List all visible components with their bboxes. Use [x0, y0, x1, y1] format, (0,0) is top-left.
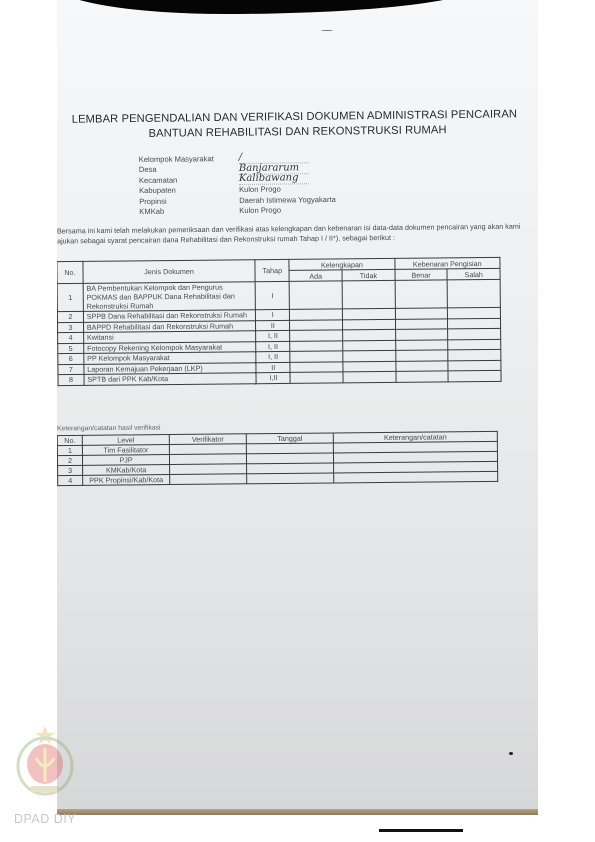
scan-bar	[379, 829, 463, 832]
row-tahap: I	[255, 281, 289, 309]
row-no: 6	[58, 353, 84, 364]
dpad-diy-emblem-icon	[14, 724, 76, 800]
cell-salah	[448, 318, 501, 329]
cell-salah	[448, 349, 501, 360]
row-no: 1	[57, 283, 83, 311]
page-bottom-edge	[57, 809, 538, 815]
cell-tidak	[343, 350, 396, 361]
cell-ada	[290, 372, 343, 383]
info-row: KecamatanKalibawang	[139, 173, 336, 186]
row-tahap: II	[256, 362, 290, 373]
cell-tidak	[342, 280, 395, 309]
cell-ada	[290, 330, 343, 341]
cell-salah	[447, 279, 500, 308]
cell-ada	[290, 319, 343, 330]
verification-table: No. Level Verifikator Tanggal Keterangan…	[57, 431, 498, 486]
cell-salah	[448, 328, 501, 339]
cell-salah	[448, 360, 501, 371]
cell-benar	[396, 371, 449, 382]
cell-tanggal	[247, 473, 334, 484]
document-title: LEMBAR PENGENDALIAN DAN VERIFIKASI DOKUM…	[57, 107, 538, 143]
row-tahap: I, II	[256, 330, 290, 341]
row-no: 2	[57, 311, 83, 322]
cell-tidak	[343, 361, 396, 372]
row-no: 5	[58, 343, 84, 354]
scan-speck	[321, 30, 333, 31]
table-row: 1BA Pembentukan Kelompok dan Pengurus PO…	[57, 279, 500, 311]
info-row: KMKabKulon Progo	[139, 204, 336, 217]
row-no: 7	[58, 364, 84, 375]
cell-tidak	[342, 308, 395, 319]
cell-ada	[289, 281, 342, 310]
cell-benar	[395, 339, 448, 350]
cell-tidak	[342, 319, 395, 330]
row-tahap: I, II	[256, 351, 290, 362]
cell-salah	[448, 307, 501, 318]
row-no: 3	[57, 322, 83, 333]
row-no: 8	[58, 374, 84, 385]
row-level: PPK Propinsi/Kab/Kota	[83, 475, 170, 486]
cell-ada	[290, 351, 343, 362]
cell-benar	[395, 329, 448, 340]
document-checklist-table: No. Jenis Dokumen Tahap Kelengkapan Kebe…	[57, 257, 502, 386]
cell-tidak	[343, 340, 396, 351]
row-no: 1	[57, 445, 82, 455]
cell-tidak	[343, 329, 396, 340]
scan-speck	[509, 752, 513, 755]
row-tahap: I, II	[256, 341, 290, 352]
cell-benar	[395, 280, 448, 309]
row-no: 4	[58, 332, 84, 343]
handwritten-value: Kalibawang	[239, 173, 309, 186]
row-tahap: II	[256, 320, 290, 331]
cell-benar	[396, 360, 449, 371]
intro-paragraph: Bersama ini kami telah melakukan pemerik…	[57, 222, 533, 247]
cell-benar	[395, 350, 448, 361]
cell-salah	[448, 370, 501, 381]
verification-caption: Keterangan/catatan hasil verifikasi	[57, 425, 161, 433]
row-jenis-dokumen: BA Pembentukan Kelompok dan Pengurus POK…	[83, 282, 256, 312]
row-no: 2	[57, 455, 82, 465]
cell-salah	[448, 339, 501, 350]
cell-ada	[290, 361, 343, 372]
row-tahap: I,II	[256, 372, 290, 383]
cell-verifikator	[170, 474, 247, 485]
row-jenis-dokumen: SPTB dari PPK Kab/Kota	[84, 373, 257, 385]
row-tahap: I	[256, 309, 290, 320]
cell-benar	[395, 318, 448, 329]
scan-shadow	[57, 0, 477, 14]
cell-tidak	[343, 371, 396, 382]
cell-ada	[290, 340, 343, 351]
info-block: Kelompok Masyarakat/ DesaBanjararum Keca…	[139, 152, 336, 217]
row-no: 4	[58, 475, 83, 485]
cell-ada	[290, 309, 343, 320]
cell-keterangan	[334, 471, 498, 483]
scanned-page: LEMBAR PENGENDALIAN DAN VERIFIKASI DOKUM…	[57, 0, 538, 815]
row-no: 3	[58, 465, 83, 475]
watermark: DPAD DIY	[14, 812, 76, 826]
cell-benar	[395, 308, 448, 319]
